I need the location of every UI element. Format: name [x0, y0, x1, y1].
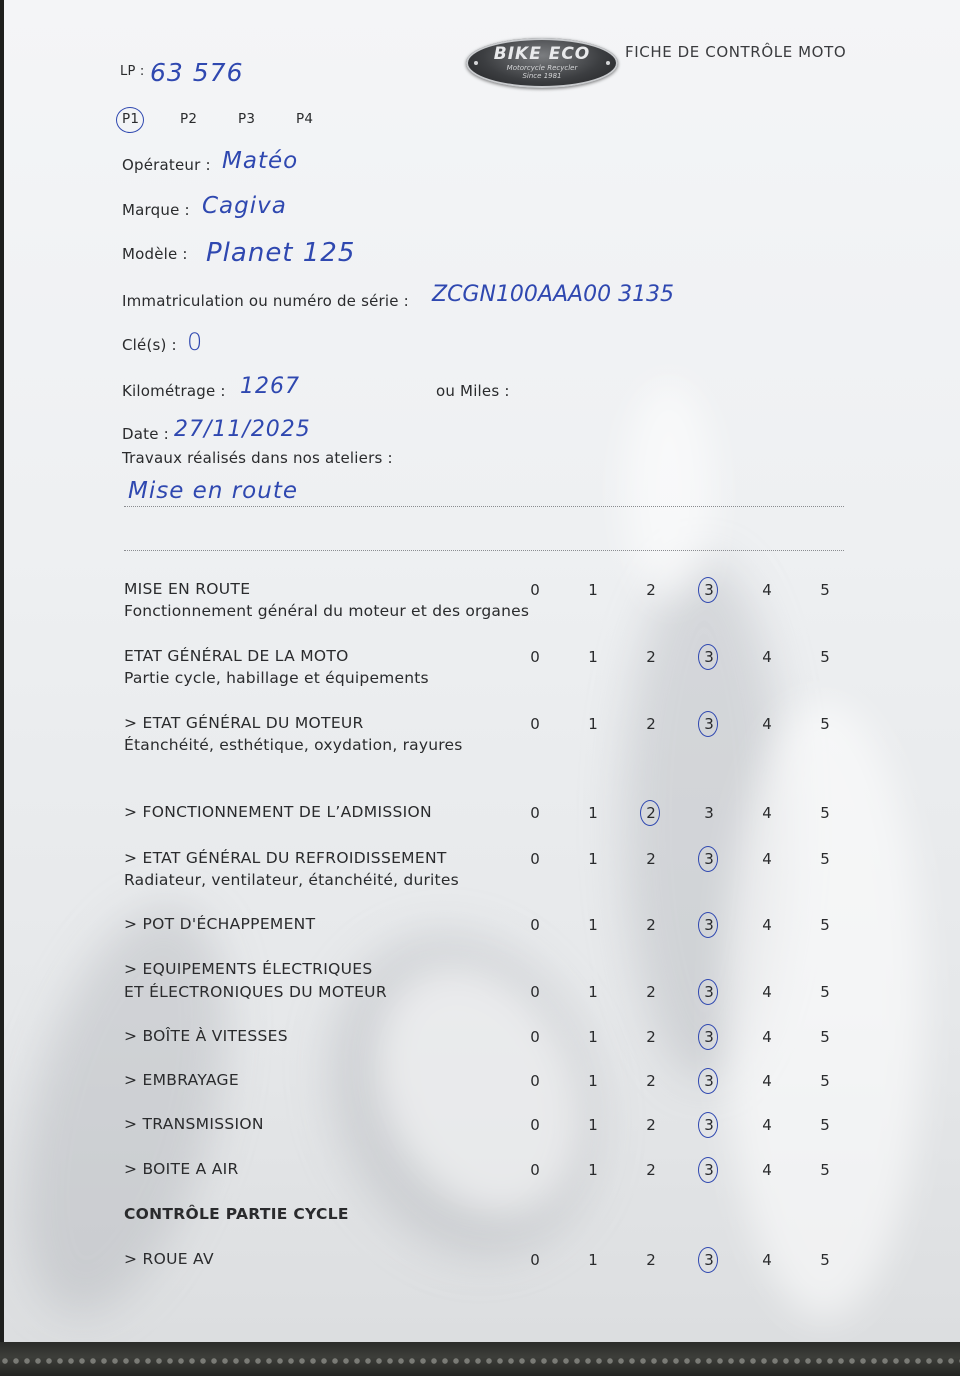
date-value[interactable]: 27/11/2025 — [174, 417, 311, 442]
checklist-item-subtitle: Fonctionnement général du moteur et des … — [124, 602, 844, 620]
score-option-5[interactable]: 5 — [814, 578, 836, 602]
lp-value[interactable]: 63 576 — [150, 58, 243, 87]
checklist-item-title: MISE EN ROUTE — [124, 580, 844, 598]
serial-value[interactable]: ZCGN100AAA00 3135 — [432, 282, 674, 307]
score-option-3[interactable]: 3 — [698, 578, 720, 602]
date-label: Date : — [122, 425, 169, 443]
checklist-item-title: > POT D'ÉCHAPPEMENT — [124, 915, 844, 933]
score-option-4[interactable]: 4 — [756, 913, 778, 937]
miles-label: ou Miles : — [436, 382, 510, 400]
checklist-row: > BOÎTE À VITESSES012345 — [124, 1027, 844, 1045]
score-option-2[interactable]: 2 — [640, 801, 662, 825]
score-option-0[interactable]: 0 — [524, 847, 546, 871]
score-option-2[interactable]: 2 — [640, 712, 662, 736]
bike-eco-logo: BIKE ECO Motorcycle Recycler Since 1981 — [466, 38, 618, 88]
checklist-row: > BOITE A AIR012345 — [124, 1160, 844, 1178]
checklist-row: > ETAT GÉNÉRAL DU REFROIDISSEMENTRadiate… — [124, 849, 844, 889]
score-option-2[interactable]: 2 — [640, 1248, 662, 1272]
checklist-item-title: > BOÎTE À VITESSES — [124, 1027, 844, 1045]
score-option-5[interactable]: 5 — [814, 1113, 836, 1137]
lp-label: LP : — [120, 64, 144, 79]
score-option-5[interactable]: 5 — [814, 913, 836, 937]
score-option-1[interactable]: 1 — [582, 1248, 604, 1272]
score-option-0[interactable]: 0 — [524, 1248, 546, 1272]
score-option-1[interactable]: 1 — [582, 913, 604, 937]
checklist-row: > ROUE AV012345 — [124, 1250, 844, 1268]
operator-value[interactable]: Matéo — [222, 148, 298, 174]
checklist-item-title: > TRANSMISSION — [124, 1115, 844, 1133]
score-option-5[interactable]: 5 — [814, 712, 836, 736]
score-option-2[interactable]: 2 — [640, 980, 662, 1004]
checklist-item-title: > BOITE A AIR — [124, 1160, 844, 1178]
score-option-0[interactable]: 0 — [524, 1025, 546, 1049]
logo-brand: BIKE ECO — [466, 44, 618, 64]
works-line-2 — [124, 550, 844, 551]
score-option-0[interactable]: 0 — [524, 913, 546, 937]
score-option-2[interactable]: 2 — [640, 1025, 662, 1049]
priority-p4[interactable]: P4 — [296, 111, 313, 127]
score-option-4[interactable]: 4 — [756, 1248, 778, 1272]
checklist-item-subtitle: Radiateur, ventilateur, étanchéité, duri… — [124, 871, 844, 889]
score-option-2[interactable]: 2 — [640, 913, 662, 937]
checklist-item-title: > EMBRAYAGE — [124, 1071, 844, 1089]
score-option-5[interactable]: 5 — [814, 1158, 836, 1182]
score-option-2[interactable]: 2 — [640, 578, 662, 602]
model-value[interactable]: Planet 125 — [206, 238, 355, 268]
score-option-0[interactable]: 0 — [524, 1069, 546, 1093]
score-option-3[interactable]: 3 — [698, 913, 720, 937]
priority-p3[interactable]: P3 — [238, 111, 255, 127]
works-value[interactable]: Mise en route — [128, 478, 298, 504]
operator-label: Opérateur : — [122, 156, 211, 174]
score-option-2[interactable]: 2 — [640, 1069, 662, 1093]
score-option-5[interactable]: 5 — [814, 801, 836, 825]
score-option-3[interactable]: 3 — [698, 1025, 720, 1049]
score-option-2[interactable]: 2 — [640, 645, 662, 669]
checklist-item-title: > EQUIPEMENTS ÉLECTRIQUES — [124, 960, 844, 978]
checklist-row: MISE EN ROUTEFonctionnement général du m… — [124, 580, 844, 620]
checklist-item-subtitle: Étanchéité, esthétique, oxydation, rayur… — [124, 736, 844, 754]
score-option-1[interactable]: 1 — [582, 980, 604, 1004]
checklist-item-subtitle: Partie cycle, habillage et équipements — [124, 669, 844, 687]
score-option-0[interactable]: 0 — [524, 1113, 546, 1137]
score-option-5[interactable]: 5 — [814, 1069, 836, 1093]
score-option-0[interactable]: 0 — [524, 645, 546, 669]
checklist-item-title: > ETAT GÉNÉRAL DU REFROIDISSEMENT — [124, 849, 844, 867]
mileage-value[interactable]: 1267 — [240, 374, 300, 399]
checklist-item-title: > FONCTIONNEMENT DE L’ADMISSION — [124, 803, 844, 821]
score-option-3[interactable]: 3 — [698, 847, 720, 871]
checklist-row: > EMBRAYAGE012345 — [124, 1071, 844, 1089]
score-option-5[interactable]: 5 — [814, 1248, 836, 1272]
score-option-4[interactable]: 4 — [756, 980, 778, 1004]
form-title: FICHE DE CONTRÔLE MOTO — [625, 43, 846, 61]
score-option-1[interactable]: 1 — [582, 1069, 604, 1093]
score-option-3[interactable]: 3 — [698, 1069, 720, 1093]
checklist-row: > ETAT GÉNÉRAL DU MOTEURÉtanchéité, esth… — [124, 714, 844, 754]
score-option-4[interactable]: 4 — [756, 645, 778, 669]
score-option-3[interactable]: 3 — [698, 645, 720, 669]
score-option-1[interactable]: 1 — [582, 578, 604, 602]
score-option-4[interactable]: 4 — [756, 578, 778, 602]
works-line-1 — [124, 506, 844, 507]
checklist-item-title: > ROUE AV — [124, 1250, 844, 1268]
checklist-item-title: > ETAT GÉNÉRAL DU MOTEUR — [124, 714, 844, 732]
score-option-1[interactable]: 1 — [582, 645, 604, 669]
score-option-1[interactable]: 1 — [582, 1158, 604, 1182]
checklist-row: > TRANSMISSION012345 — [124, 1115, 844, 1133]
score-option-1[interactable]: 1 — [582, 1113, 604, 1137]
score-option-4[interactable]: 4 — [756, 1025, 778, 1049]
brand-value[interactable]: Cagiva — [202, 193, 287, 219]
score-option-3[interactable]: 3 — [698, 801, 720, 825]
score-option-5[interactable]: 5 — [814, 1025, 836, 1049]
control-sheet: BIKE ECO Motorcycle Recycler Since 1981 … — [4, 0, 960, 1342]
checklist-row: > FONCTIONNEMENT DE L’ADMISSION012345 — [124, 803, 844, 821]
score-option-3[interactable]: 3 — [698, 712, 720, 736]
model-label: Modèle : — [122, 245, 188, 263]
score-option-3[interactable]: 3 — [698, 1113, 720, 1137]
score-option-4[interactable]: 4 — [756, 801, 778, 825]
binder-edge — [0, 1342, 960, 1376]
serial-label: Immatriculation ou numéro de série : — [122, 292, 409, 310]
works-label: Travaux réalisés dans nos ateliers : — [122, 449, 393, 467]
score-option-0[interactable]: 0 — [524, 712, 546, 736]
score-option-1[interactable]: 1 — [582, 847, 604, 871]
score-option-0[interactable]: 0 — [524, 801, 546, 825]
priority-p2[interactable]: P2 — [180, 111, 197, 127]
score-option-4[interactable]: 4 — [756, 847, 778, 871]
checklist-item-title: ETAT GÉNÉRAL DE LA MOTO — [124, 647, 844, 665]
score-option-3[interactable]: 3 — [698, 1158, 720, 1182]
score-option-4[interactable]: 4 — [756, 1069, 778, 1093]
keys-value[interactable]: 0 — [187, 328, 203, 356]
score-option-5[interactable]: 5 — [814, 645, 836, 669]
mileage-label: Kilométrage : — [122, 382, 226, 400]
keys-label: Clé(s) : — [122, 336, 177, 354]
score-option-1[interactable]: 1 — [582, 1025, 604, 1049]
logo-tagline: Motorcycle Recycler — [466, 64, 618, 72]
score-option-3[interactable]: 3 — [698, 980, 720, 1004]
score-option-2[interactable]: 2 — [640, 1113, 662, 1137]
score-option-0[interactable]: 0 — [524, 1158, 546, 1182]
score-option-0[interactable]: 0 — [524, 980, 546, 1004]
logo-since: Since 1981 — [466, 72, 618, 80]
priority-p1[interactable]: P1 — [122, 111, 139, 127]
score-option-3[interactable]: 3 — [698, 1248, 720, 1272]
brand-label: Marque : — [122, 201, 190, 219]
score-option-4[interactable]: 4 — [756, 712, 778, 736]
score-option-0[interactable]: 0 — [524, 578, 546, 602]
checklist-row: ETAT GÉNÉRAL DE LA MOTOPartie cycle, hab… — [124, 647, 844, 687]
score-option-2[interactable]: 2 — [640, 847, 662, 871]
score-option-5[interactable]: 5 — [814, 847, 836, 871]
section-cycle-title: CONTRÔLE PARTIE CYCLE — [124, 1205, 844, 1223]
score-option-1[interactable]: 1 — [582, 801, 604, 825]
score-option-2[interactable]: 2 — [640, 1158, 662, 1182]
score-option-1[interactable]: 1 — [582, 712, 604, 736]
checklist-item-title-line2: ET ÉLECTRONIQUES DU MOTEUR — [124, 983, 844, 1001]
score-option-4[interactable]: 4 — [756, 1158, 778, 1182]
checklist-row: > EQUIPEMENTS ÉLECTRIQUESET ÉLECTRONIQUE… — [124, 960, 844, 1001]
checklist-row: > POT D'ÉCHAPPEMENT012345 — [124, 915, 844, 933]
score-option-4[interactable]: 4 — [756, 1113, 778, 1137]
section-cycle-header: CONTRÔLE PARTIE CYCLE — [124, 1205, 844, 1223]
score-option-5[interactable]: 5 — [814, 980, 836, 1004]
